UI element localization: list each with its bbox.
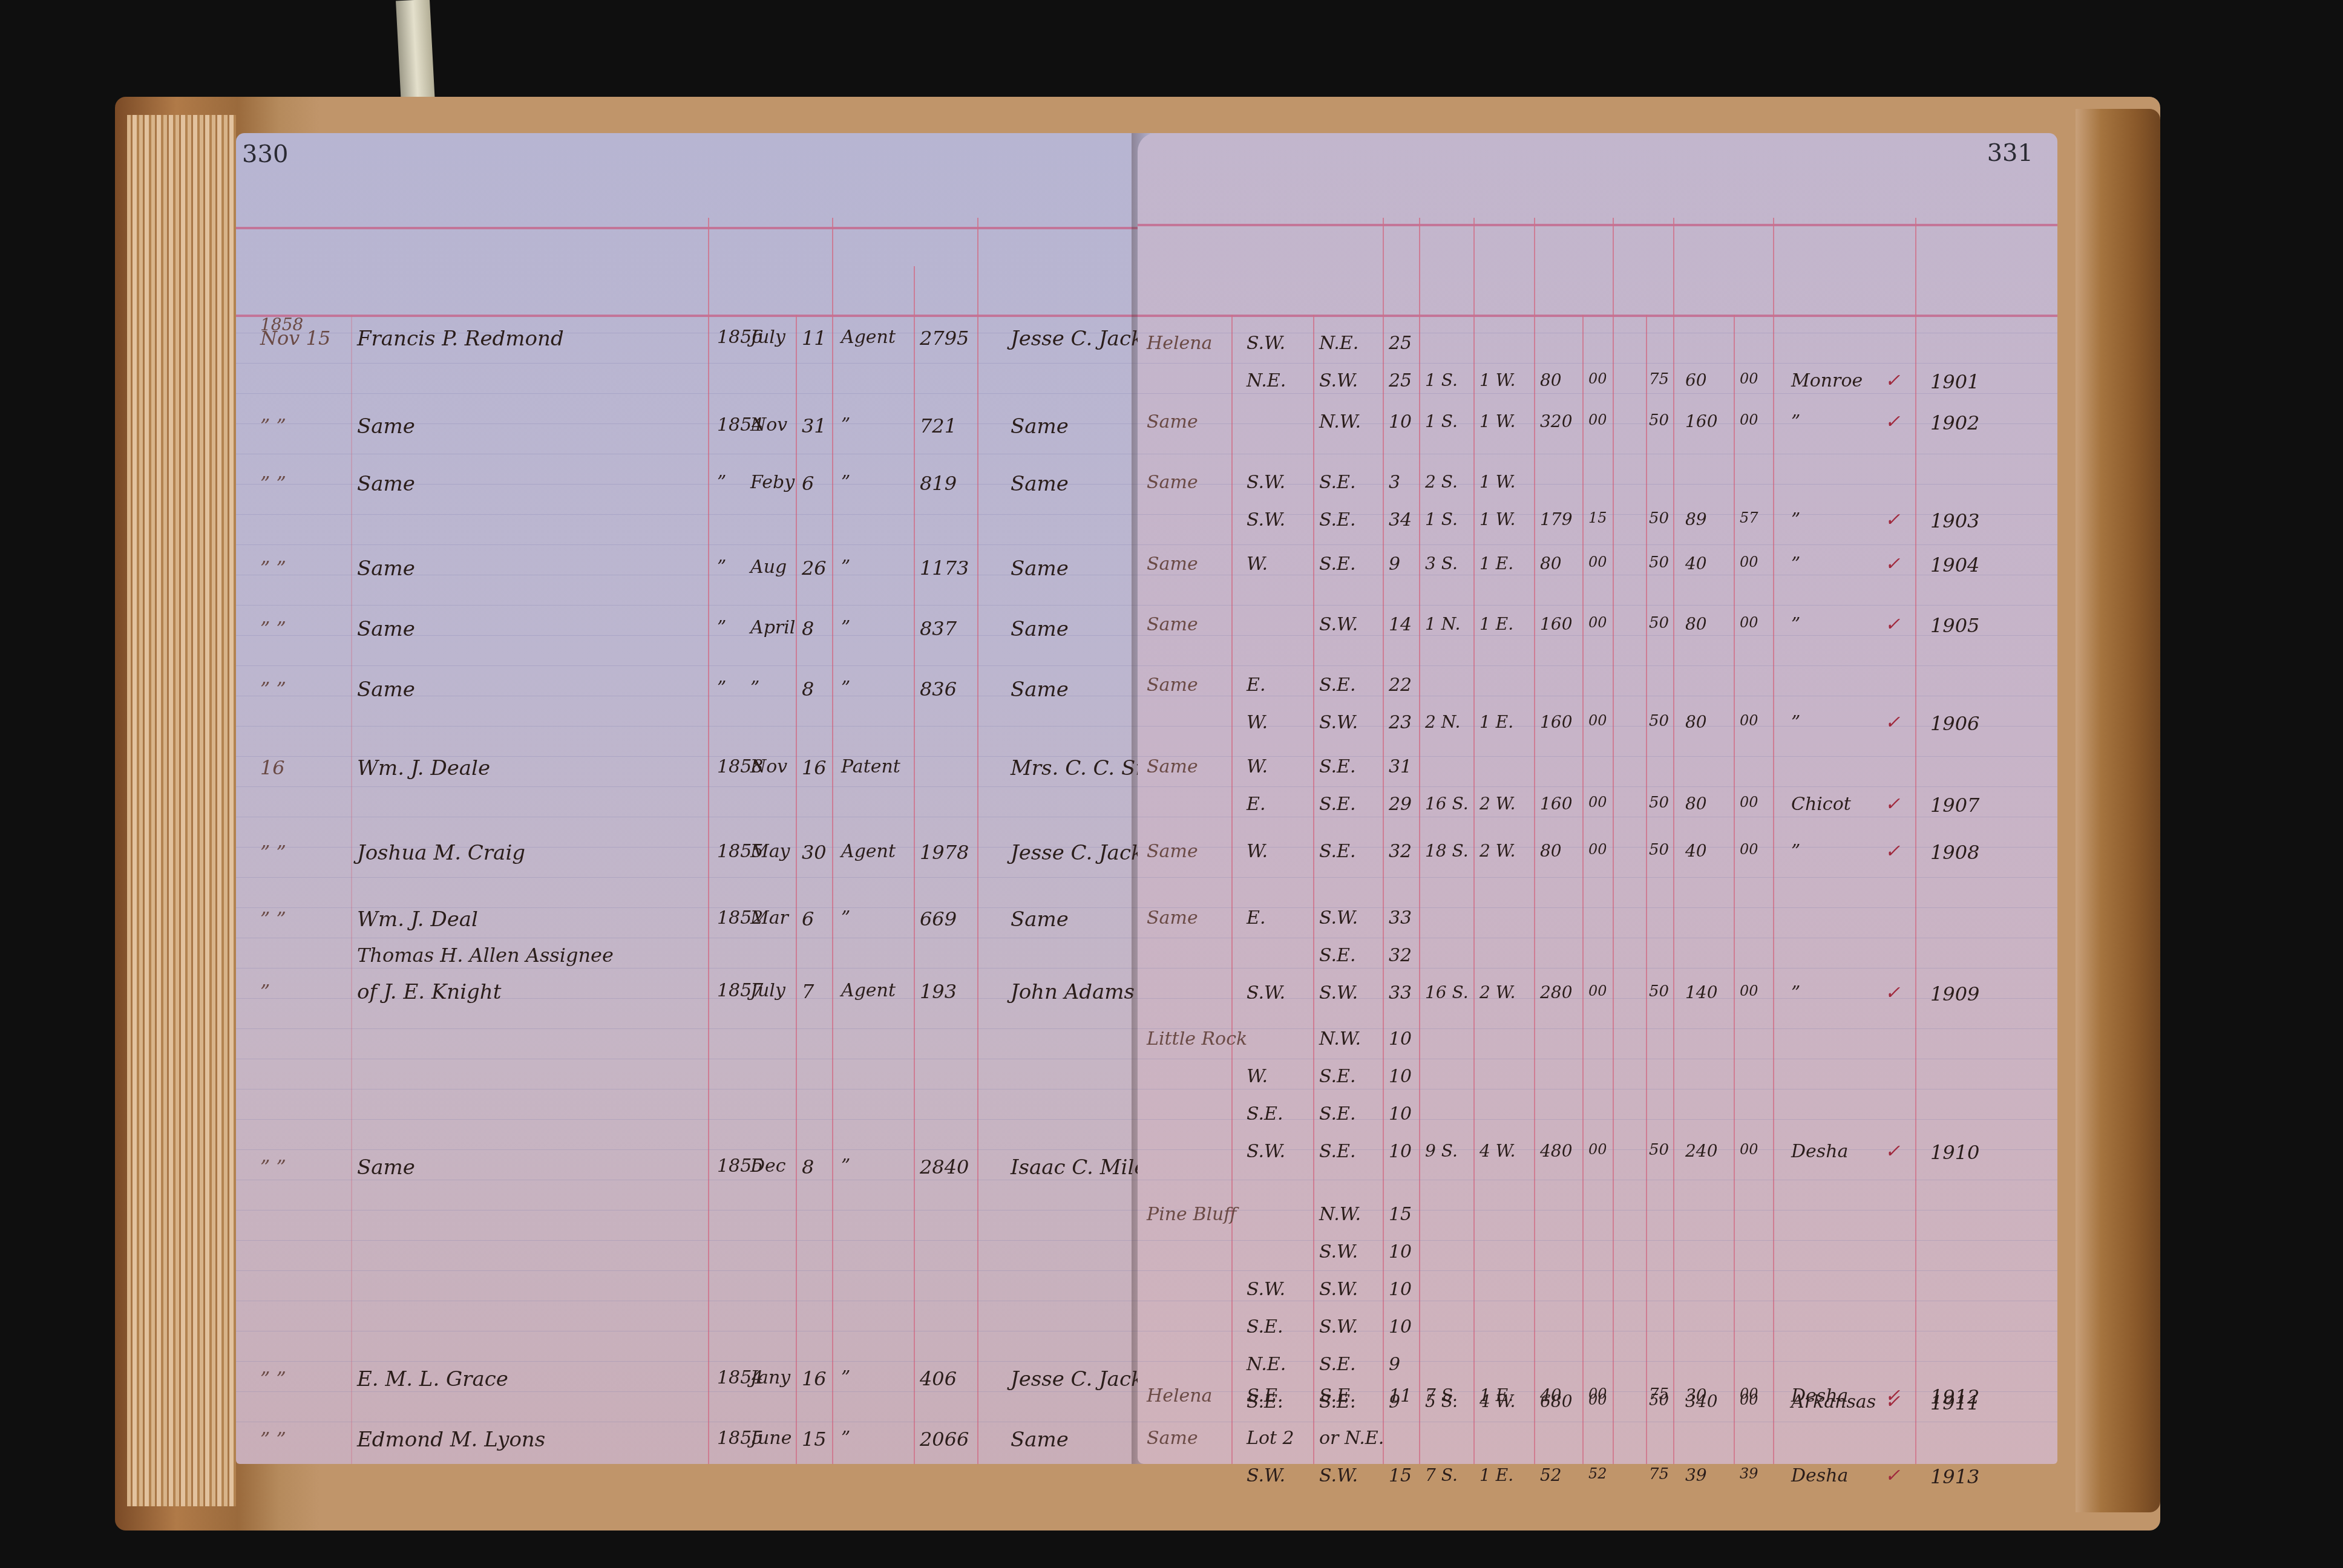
tract-part: E. — [1247, 794, 1265, 815]
acres: 179 — [1540, 509, 1572, 529]
acres-fraction: 00 — [1588, 841, 1607, 858]
check-mark: ✓ — [1885, 554, 1900, 575]
township: 2 N. — [1425, 712, 1460, 732]
cert-month: June — [750, 1428, 791, 1449]
section: 10 — [1389, 1066, 1412, 1087]
range: 1 E. — [1480, 554, 1513, 573]
range: 1 W. — [1480, 472, 1516, 492]
ruled-line — [236, 605, 1253, 606]
ruled-line — [236, 726, 1253, 727]
quarter: N.W. — [1319, 411, 1361, 433]
office: ” — [841, 617, 850, 638]
acres: 160 — [1540, 614, 1572, 634]
county-name: ” — [1791, 712, 1800, 733]
land-office: Same — [1147, 756, 1198, 777]
ruled-line — [236, 1391, 1253, 1392]
range: 1 W. — [1480, 370, 1516, 390]
land-office: Same — [1147, 1428, 1198, 1449]
county-name: Desha — [1791, 1465, 1848, 1486]
ruled-line — [236, 786, 1253, 787]
amount-cents: 00 — [1740, 1385, 1758, 1402]
office: ” — [841, 907, 850, 929]
section: 32 — [1389, 841, 1412, 862]
tract-part: W. — [1247, 756, 1268, 777]
township: 1 S. — [1425, 509, 1458, 529]
entry-name: Same — [357, 1155, 415, 1180]
section: 29 — [1389, 794, 1412, 815]
ruled-line — [236, 1089, 1253, 1089]
acres-fraction: 00 — [1588, 794, 1607, 811]
county-name: Chicot — [1791, 794, 1851, 815]
entry-name: Francis P. Redmond — [357, 327, 564, 351]
rate-cents: 50 — [1649, 1141, 1669, 1159]
quarter: N.W. — [1319, 1028, 1361, 1050]
office: ” — [841, 1155, 850, 1177]
cert-year: ” — [717, 472, 726, 493]
ruled-line — [236, 1059, 1253, 1059]
quarter: S.W. — [1319, 712, 1358, 733]
column-rule — [1534, 218, 1535, 1464]
amount-cents: 00 — [1740, 614, 1758, 631]
office: ” — [841, 1367, 850, 1388]
acres: 80 — [1540, 554, 1562, 573]
amount-dollars: 240 — [1685, 1141, 1717, 1161]
office: Agent — [841, 980, 896, 1001]
ruled-line — [236, 1149, 1253, 1150]
tract-part: W. — [1247, 1066, 1268, 1087]
entry-date: ” ” — [260, 678, 286, 701]
amount-dollars: 80 — [1685, 794, 1707, 814]
left-ledger-page: 330 1858 Nov 15Francis P. Redmond1856Jul… — [236, 133, 1253, 1464]
cert-number: 837 — [920, 617, 957, 640]
amount-cents: 00 — [1740, 1141, 1758, 1158]
section: 32 — [1389, 945, 1412, 966]
column-rule — [1613, 218, 1614, 1464]
acres-fraction: 00 — [1588, 614, 1607, 631]
ruled-line — [1138, 968, 2057, 969]
section: 9 — [1389, 554, 1400, 575]
county-name: ” — [1791, 411, 1800, 433]
acres: 480 — [1540, 1141, 1572, 1161]
office: ” — [841, 678, 850, 699]
amount-dollars: 39 — [1685, 1465, 1707, 1485]
entry-name: E. M. L. Grace — [357, 1367, 508, 1391]
entry-name: Wm. J. Deal — [357, 907, 478, 932]
cert-day: 6 — [802, 472, 814, 495]
rate-cents: 50 — [1649, 841, 1669, 859]
ruled-line — [236, 1210, 1253, 1210]
section: 10 — [1389, 1241, 1412, 1263]
ruled-line — [236, 1028, 1253, 1029]
register-number: 1904 — [1930, 554, 1979, 577]
ruled-line — [236, 454, 1253, 454]
office: ” — [841, 414, 850, 436]
township: 1 S. — [1425, 370, 1458, 390]
section: 23 — [1389, 712, 1412, 733]
entry-name: Same — [357, 678, 415, 702]
range: 1 E. — [1480, 614, 1513, 634]
acres-fraction: 00 — [1588, 1141, 1607, 1158]
acres-fraction: 00 — [1588, 982, 1607, 999]
tract-part: S.W. — [1247, 1465, 1285, 1486]
ruled-line — [1138, 1089, 2057, 1089]
quarter: S.W. — [1319, 1465, 1358, 1486]
cert-day: 6 — [802, 907, 814, 930]
ruled-line — [236, 1361, 1253, 1362]
section: 9 — [1389, 1354, 1400, 1375]
cert-day: 8 — [802, 617, 814, 640]
tract-part: W. — [1247, 554, 1268, 575]
section: 33 — [1389, 982, 1412, 1004]
cert-year: ” — [717, 557, 726, 578]
quarter: S.W. — [1319, 982, 1358, 1004]
office: Patent — [841, 756, 900, 777]
cert-month: July — [750, 980, 785, 1001]
column-rule — [1231, 315, 1233, 1464]
township: 18 S. — [1425, 841, 1469, 861]
ruled-line — [236, 817, 1253, 817]
rate-cents: 50 — [1649, 509, 1669, 528]
check-mark: ✓ — [1885, 411, 1900, 433]
assignee-name: Same — [1011, 907, 1069, 932]
land-office: Helena — [1147, 1385, 1212, 1406]
entry-name: Same — [357, 414, 415, 439]
amount-dollars: 80 — [1685, 712, 1707, 732]
check-mark: ✓ — [1885, 712, 1900, 733]
register-number: 1913 — [1930, 1465, 1979, 1488]
section: 10 — [1389, 1028, 1412, 1050]
land-office: Same — [1147, 411, 1198, 433]
number-column-rule — [977, 218, 978, 1464]
cert-number: 193 — [920, 980, 957, 1003]
tract-part: S.W. — [1247, 982, 1285, 1004]
entry-date: ” ” — [260, 907, 286, 930]
entry-name: Edmond M. Lyons — [357, 1428, 545, 1452]
range: 2 W. — [1480, 841, 1516, 861]
tract-part: N.E. — [1247, 1354, 1286, 1375]
acres-fraction: 00 — [1588, 1385, 1607, 1402]
amount-cents: 00 — [1740, 554, 1758, 570]
section: 31 — [1389, 756, 1412, 777]
section: 10 — [1389, 1103, 1412, 1125]
tract-part: E. — [1247, 675, 1265, 696]
rate-cents: 75 — [1649, 370, 1669, 388]
township: 1 N. — [1425, 614, 1460, 634]
land-office: Little Rock — [1147, 1028, 1247, 1050]
acres-fraction: 00 — [1588, 554, 1607, 570]
cert-day: 26 — [802, 557, 827, 580]
ruled-line — [236, 665, 1253, 666]
ruled-line — [1138, 907, 2057, 908]
land-office: Helena — [1147, 333, 1212, 354]
check-mark: ✓ — [1885, 1465, 1900, 1486]
assignee-name: Same — [1011, 1428, 1069, 1452]
header-rule-bottom — [236, 315, 1253, 317]
tract-part: S.W. — [1247, 1279, 1285, 1300]
left-page-number: 330 — [242, 140, 288, 168]
ruled-line — [1138, 1180, 2057, 1180]
quarter: S.E. — [1319, 1103, 1355, 1125]
tract-part: W. — [1247, 841, 1268, 862]
cert-month: ” — [750, 678, 759, 699]
section: 22 — [1389, 675, 1412, 696]
section: 25 — [1389, 370, 1412, 391]
township: 3 S. — [1425, 554, 1458, 573]
cert-month: Dec — [750, 1155, 786, 1177]
section: 15 — [1389, 1204, 1412, 1225]
range: 1 W. — [1480, 411, 1516, 431]
quarter: S.W. — [1319, 1241, 1358, 1263]
section: 34 — [1389, 509, 1412, 531]
entry-date: 16 — [260, 756, 285, 779]
cert-day: 30 — [802, 841, 827, 864]
ruled-line — [1138, 786, 2057, 787]
quarter: S.E. — [1319, 509, 1355, 531]
quarter: S.E. — [1319, 472, 1355, 493]
register-number: 1909 — [1930, 982, 1979, 1005]
cert-month: Jany — [750, 1367, 790, 1388]
cert-number: 669 — [920, 907, 957, 930]
land-office: Same — [1147, 841, 1198, 862]
cert-year: ” — [717, 678, 726, 699]
quarter: or N.E. — [1319, 1428, 1384, 1449]
entry-name: Same — [357, 557, 415, 581]
tract-part: S.W. — [1247, 1141, 1285, 1162]
section: 10 — [1389, 411, 1412, 433]
ruled-line — [1138, 877, 2057, 878]
quarter: S.E. — [1319, 1141, 1355, 1162]
ruled-line — [236, 1301, 1253, 1301]
tract-part: N.E. — [1247, 370, 1286, 391]
cert-number: 2795 — [920, 327, 969, 350]
quarter: S.E. — [1319, 554, 1355, 575]
township: 2 S. — [1425, 472, 1458, 492]
column-rule — [1313, 315, 1314, 1464]
amount-dollars: 30 — [1685, 1385, 1707, 1405]
ruled-line — [236, 1240, 1253, 1241]
assignee-name: Same — [1011, 472, 1069, 496]
acres: 52 — [1540, 1465, 1562, 1485]
section: 11 — [1389, 1385, 1412, 1406]
entry-name: of J. E. Knight — [357, 980, 501, 1004]
check-mark: ✓ — [1885, 614, 1900, 635]
acres: 40 — [1540, 1385, 1562, 1405]
ruled-line — [1138, 393, 2057, 394]
register-number: 1902 — [1930, 411, 1979, 434]
amount-cents: 57 — [1740, 509, 1758, 526]
quarter: S.W. — [1319, 1279, 1358, 1300]
section: 14 — [1389, 614, 1412, 635]
range: 4 W. — [1480, 1141, 1516, 1161]
entry-date: ” ” — [260, 472, 286, 495]
entry-date: ” ” — [260, 1428, 286, 1451]
ruled-line — [1138, 1270, 2057, 1271]
county-name: ” — [1791, 841, 1800, 862]
ruled-line — [236, 1270, 1253, 1271]
cert-day: 16 — [802, 1367, 827, 1390]
entry-date: ” ” — [260, 841, 286, 864]
header-rule-top — [1138, 224, 2057, 226]
range: 1 E. — [1480, 1465, 1513, 1485]
column-rule — [1582, 315, 1584, 1464]
cert-month: July — [750, 327, 785, 348]
ruled-line — [1138, 605, 2057, 606]
register-number: 1901 — [1930, 370, 1979, 393]
assignee-name: Same — [1011, 678, 1069, 702]
township: 1 S. — [1425, 411, 1458, 431]
check-mark: ✓ — [1885, 370, 1900, 391]
check-mark: ✓ — [1885, 794, 1900, 815]
rate-cents: 75 — [1649, 1385, 1669, 1403]
right-page-edges — [2076, 109, 2160, 1512]
entry-date: Nov 15 — [260, 327, 330, 350]
entry-date: ” ” — [260, 1155, 286, 1178]
range: 2 W. — [1480, 982, 1516, 1002]
check-mark: ✓ — [1885, 1385, 1900, 1406]
entry-date: ” — [260, 980, 270, 1003]
tract-part: S.E. — [1247, 1103, 1283, 1125]
ruled-line — [1138, 1240, 2057, 1241]
cert-number: 819 — [920, 472, 957, 495]
acres-fraction: 00 — [1588, 370, 1607, 387]
entry-name: Same — [357, 472, 415, 496]
year-column-rule — [796, 315, 797, 1464]
rate-cents: 50 — [1649, 712, 1669, 730]
check-mark: ✓ — [1885, 1141, 1900, 1162]
tract-part: Lot 2 — [1247, 1428, 1294, 1449]
ruled-line — [1138, 1028, 2057, 1029]
land-office: Same — [1147, 614, 1198, 635]
acres: 80 — [1540, 841, 1562, 861]
ruled-line — [1138, 454, 2057, 454]
cert-month: April — [750, 617, 795, 638]
cert-number: 721 — [920, 414, 957, 437]
county-name: Desha — [1791, 1141, 1848, 1162]
ruled-line — [236, 514, 1253, 515]
cert-month: May — [750, 841, 790, 862]
quarter: S.W. — [1319, 1316, 1358, 1338]
township: 7 S. — [1425, 1385, 1458, 1405]
right-page-number: 331 — [1987, 139, 2033, 167]
entry-date: ” ” — [260, 557, 286, 580]
ruled-line — [236, 938, 1253, 938]
register-number: 1905 — [1930, 614, 1979, 637]
cert-month: Mar — [750, 907, 788, 929]
ruled-line — [1138, 635, 2057, 636]
rate-cents: 50 — [1649, 554, 1669, 572]
column-rule — [1734, 315, 1735, 1464]
land-office: Same — [1147, 675, 1198, 696]
ruled-line — [236, 363, 1253, 364]
entry-date: ” ” — [260, 1367, 286, 1390]
header-rule-top — [236, 227, 1253, 229]
township: 16 S. — [1425, 982, 1469, 1002]
entry-date: ” ” — [260, 414, 286, 437]
ruled-line — [236, 968, 1253, 969]
ruled-line — [236, 877, 1253, 878]
ruled-line — [1138, 756, 2057, 757]
header-rule-bottom — [1138, 315, 2057, 317]
cert-month: Nov — [750, 756, 787, 777]
cert-number: 406 — [920, 1367, 957, 1390]
section: 33 — [1389, 907, 1412, 929]
register-number: 1912 — [1930, 1385, 1979, 1408]
ruled-line — [1138, 1059, 2057, 1059]
quarter: S.E. — [1319, 756, 1355, 777]
office: Agent — [841, 327, 896, 348]
cert-month: Nov — [750, 414, 787, 436]
cert-day: 8 — [802, 678, 814, 701]
amount-cents: 00 — [1740, 411, 1758, 428]
section: 25 — [1389, 333, 1412, 354]
right-ledger-page: 331 HelenaS.W.N.E.25N.E.S.W.251 S.1 W.80… — [1138, 133, 2057, 1464]
amount-cents: 39 — [1740, 1465, 1758, 1482]
check-mark: ✓ — [1885, 841, 1900, 862]
amount-dollars: 40 — [1685, 554, 1707, 573]
land-office: Pine Bluff — [1147, 1204, 1237, 1225]
tract-part: S.W. — [1247, 509, 1285, 531]
quarter: S.W. — [1319, 370, 1358, 391]
amount-cents: 00 — [1740, 794, 1758, 811]
acres-fraction: 15 — [1588, 509, 1607, 526]
cert-day: 16 — [802, 756, 827, 779]
section: 10 — [1389, 1141, 1412, 1162]
rate-cents: 50 — [1649, 982, 1669, 1001]
ruled-line — [236, 1331, 1253, 1331]
ruled-line — [1138, 696, 2057, 696]
ruled-line — [1138, 363, 2057, 364]
quarter: S.E. — [1319, 1385, 1355, 1406]
amount-dollars: 80 — [1685, 614, 1707, 634]
ruled-line — [236, 1119, 1253, 1120]
quarter: S.E. — [1319, 1066, 1355, 1087]
quarter: S.W. — [1319, 907, 1358, 929]
acres-fraction: 52 — [1588, 1465, 1607, 1482]
cert-number: 2066 — [920, 1428, 969, 1451]
register-number: 1906 — [1930, 712, 1979, 735]
ruled-line — [1138, 575, 2057, 575]
acres: 280 — [1540, 982, 1572, 1002]
acres-fraction: 00 — [1588, 712, 1607, 729]
cert-day: 8 — [802, 1155, 814, 1178]
day-column-rule — [832, 218, 833, 1464]
assignee-name: John Adams — [1011, 980, 1135, 1004]
office: ” — [841, 1428, 850, 1449]
amount-dollars: 89 — [1685, 509, 1707, 529]
ruled-line — [1138, 544, 2057, 545]
assignee-name: Same — [1011, 414, 1069, 439]
column-rule — [1915, 218, 1916, 1464]
range: 1 W. — [1480, 509, 1516, 529]
open-ledger-book: 330 1858 Nov 15Francis P. Redmond1856Jul… — [115, 97, 2160, 1530]
left-page-edges — [127, 115, 236, 1506]
ruled-line — [1138, 817, 2057, 817]
ruled-line — [236, 1180, 1253, 1180]
tract-part: S.W. — [1247, 472, 1285, 493]
rate-cents: 75 — [1649, 1465, 1669, 1483]
quarter: S.E. — [1319, 945, 1355, 966]
section: 3 — [1389, 472, 1400, 493]
acres: 320 — [1540, 411, 1572, 431]
office: Agent — [841, 841, 896, 862]
rate-cents: 50 — [1649, 794, 1669, 812]
amount-dollars: 40 — [1685, 841, 1707, 861]
ruled-line — [1138, 1210, 2057, 1210]
cert-day: 11 — [802, 327, 827, 350]
cert-day: 15 — [802, 1428, 827, 1451]
quarter: S.E. — [1319, 1354, 1355, 1375]
cert-day: 7 — [802, 980, 814, 1003]
